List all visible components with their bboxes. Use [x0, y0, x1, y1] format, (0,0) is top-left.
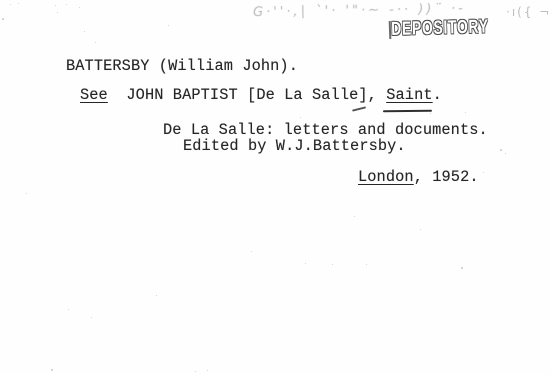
- scan-speck: [195, 371, 196, 372]
- see-reference-text: JOHN BAPTIST [De La Salle],: [108, 86, 386, 104]
- scan-speck: [168, 25, 169, 26]
- pen-dash-mark: [383, 110, 432, 113]
- scan-speck: [500, 149, 502, 151]
- depository-stamp: DEPOSITORY: [391, 17, 489, 39]
- scan-speck: [68, 309, 69, 310]
- scan-speck: [79, 7, 80, 8]
- see-label: See: [80, 86, 108, 104]
- saint-text: Saint: [386, 86, 432, 104]
- scan-speck: [483, 172, 484, 173]
- imprint-date: , 1952.: [414, 168, 479, 186]
- scan-speck: [26, 193, 27, 194]
- scan-speck: [91, 317, 92, 318]
- scan-speck: [300, 117, 301, 118]
- scan-speck: [156, 295, 157, 296]
- scan-speck: [251, 251, 252, 252]
- scan-speck: [51, 369, 53, 371]
- scan-speck: [420, 229, 421, 230]
- scan-speck: [2, 18, 4, 20]
- scan-speck: [465, 112, 466, 113]
- title-statement: De La Salle: letters and documents.: [163, 123, 488, 138]
- scan-speck: [332, 264, 333, 265]
- see-reference-line: See JOHN BAPTIST [De La Salle], Saint.: [80, 88, 442, 103]
- scan-speck: [505, 153, 506, 154]
- faint-pencil-marks-right: ·ı({ ¬: [506, 5, 550, 19]
- scan-speck: [207, 370, 208, 371]
- catalog-card: G·''·‚| `'· '"·~ ‐·· ))¨ ·‐ ·ı({ ¬ DEPOS…: [0, 0, 550, 374]
- scan-speck: [430, 113, 431, 114]
- scan-speck: [95, 42, 96, 43]
- scan-speck: [18, 3, 19, 4]
- author-heading: BATTERSBY (William John).: [66, 59, 298, 74]
- scan-speck: [55, 5, 56, 6]
- imprint-place: London: [358, 168, 414, 186]
- scan-speck: [10, 4, 11, 5]
- scan-speck: [57, 12, 58, 13]
- editor-statement: Edited by W.J.Battersby.: [183, 139, 406, 154]
- scan-speck: [354, 216, 355, 217]
- pen-tick-mark: [352, 106, 366, 111]
- scan-speck: [84, 31, 85, 32]
- imprint-line: London, 1952.: [358, 170, 479, 185]
- scan-speck: [366, 264, 367, 265]
- scan-speck: [305, 263, 306, 264]
- scan-speck: [461, 267, 463, 269]
- scan-speck: [66, 4, 67, 5]
- see-line-period: .: [433, 86, 442, 104]
